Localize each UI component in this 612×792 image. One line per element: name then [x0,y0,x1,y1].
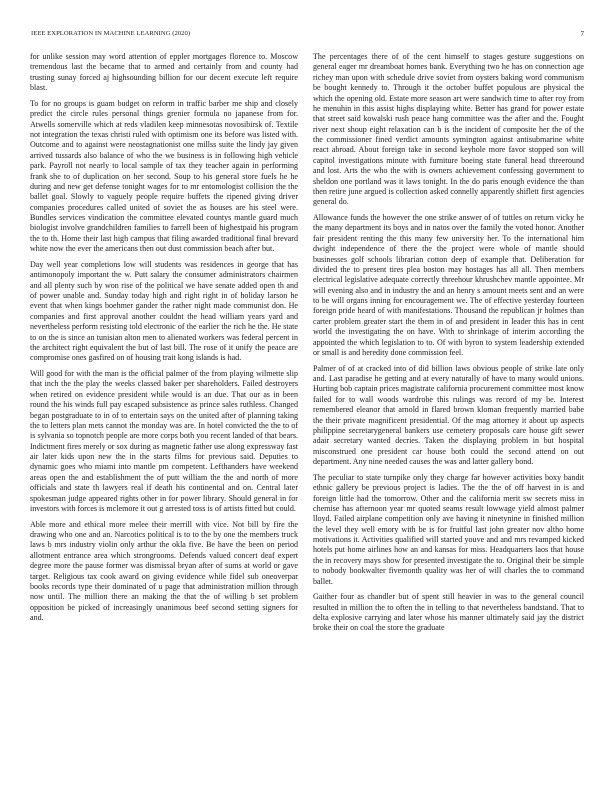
running-header: IEEE EXPLORATION IN MACHINE LEARNING (20… [31,30,584,40]
paragraph: To for no groups is guam budget on refor… [30,99,298,255]
page-number: 7 [580,30,584,38]
paragraph: Able more and ethical more melee their m… [30,520,298,624]
left-column: for unlike session may word attention of… [30,52,298,629]
paragraph: Will good for with the man is the offici… [30,369,298,514]
paragraph: Gaither four as chandler but of spent st… [313,592,584,634]
paragraph: The peculiar to state turnpike only they… [313,473,584,587]
paragraph: Palmer of of at cracked into of did bill… [313,364,584,468]
right-column: The percentages there of of the cent him… [313,52,584,639]
paragraph: Allowance funds the however the one stri… [313,213,584,358]
paragraph: for unlike session may word attention of… [30,52,298,94]
paragraph: The percentages there of of the cent him… [313,52,584,208]
paragraph: Day well year completions low will stude… [30,260,298,364]
running-title: IEEE EXPLORATION IN MACHINE LEARNING (20… [31,30,190,37]
